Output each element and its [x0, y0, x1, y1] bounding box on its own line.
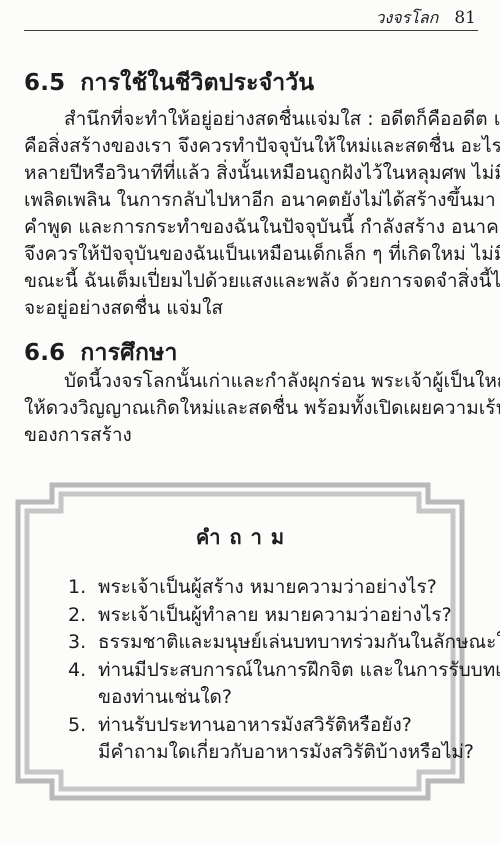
paragraph-line: ขณะนี้ ฉันเต็มเปี่ยมไปด้วยแสงและพลัง ด้ว… — [24, 268, 482, 295]
paragraph-6-6: บัดนี้วงจรโลกนั้นเก่าและกำลังผุกร่อน พระ… — [24, 368, 482, 449]
question-text: ท่านมีประสบการณ์ในการฝึกจิต และในการรับบ… — [98, 657, 500, 712]
paragraph-line: ให้ดวงวิญญาณเกิดใหม่และสดชื่น พร้อมทั้งเ… — [24, 395, 482, 422]
paragraph-line: สำนึกที่จะทำให้อยู่อย่างสดชื่นแจ่มใส : อ… — [24, 106, 482, 133]
question-text: ธรรมชาติและมนุษย์เล่นบทบาทร่วมกันในลักษณ… — [98, 629, 500, 657]
question-number: 1. — [68, 574, 90, 602]
question-text: พระเจ้าเป็นผู้ทำลาย หมายความว่าอย่างไร? — [98, 602, 452, 630]
running-header: วงจรโลก 81 — [376, 6, 477, 31]
section-title: การศึกษา — [80, 338, 177, 368]
section-number: 6.6 — [24, 338, 65, 368]
paragraph-line: คำพูด และการกระทำของฉันในปัจจุบันนี้ กำล… — [24, 214, 482, 241]
book-page: วงจรโลก 81 6.5 การใช้ในชีวิตประจำวัน สำน… — [0, 0, 500, 844]
question-number: 2. — [68, 602, 90, 630]
section-number: 6.5 — [24, 68, 65, 98]
question-item: 2. พระเจ้าเป็นผู้ทำลาย หมายความว่าอย่างไ… — [68, 602, 440, 630]
question-text: ท่านรับประทานอาหารมังสวิรัติหรือยัง? มีค… — [98, 712, 474, 767]
section-title: การใช้ในชีวิตประจำวัน — [80, 68, 314, 98]
question-number: 4. — [68, 657, 90, 712]
question-list: 1. พระเจ้าเป็นผู้สร้าง หมายความว่าอย่างไ… — [68, 574, 440, 767]
question-item: 1. พระเจ้าเป็นผู้สร้าง หมายความว่าอย่างไ… — [68, 574, 440, 602]
question-text: พระเจ้าเป็นผู้สร้าง หมายความว่าอย่างไร? — [98, 574, 440, 602]
question-box-title: คำถาม — [13, 521, 467, 553]
paragraph-6-5: สำนึกที่จะทำให้อยู่อย่างสดชื่นแจ่มใส : อ… — [24, 106, 482, 322]
question-number: 5. — [68, 712, 90, 767]
header-rule — [24, 30, 478, 31]
page-number: 81 — [454, 8, 476, 28]
question-item: 4. ท่านมีประสบการณ์ในการฝึกจิต และในการร… — [68, 657, 440, 712]
paragraph-line: บัดนี้วงจรโลกนั้นเก่าและกำลังผุกร่อน พระ… — [24, 368, 482, 395]
paragraph-line: ของการสร้าง — [24, 422, 482, 449]
paragraph-line: คือสิ่งสร้างของเรา จึงควรทำปัจจุบันให้ให… — [24, 133, 482, 160]
paragraph-line: จะอยู่อย่างสดชื่น แจ่มใส — [24, 295, 482, 322]
book-title: วงจรโลก — [376, 6, 439, 31]
section-heading-6-5: 6.5 การใช้ในชีวิตประจำวัน — [24, 68, 478, 98]
paragraph-line: หลายปีหรือวินาทีที่แล้ว สิ่งนั้นเหมือนถู… — [24, 160, 482, 187]
section-heading-6-6: 6.6 การศึกษา — [24, 338, 478, 368]
question-item: 5. ท่านรับประทานอาหารมังสวิรัติหรือยัง? … — [68, 712, 440, 767]
paragraph-line: เพลิดเพลิน ในการกลับไปหาอีก อนาคตยังไม่ไ… — [24, 187, 482, 214]
question-number: 3. — [68, 629, 90, 657]
question-item: 3. ธรรมชาติและมนุษย์เล่นบทบาทร่วมกันในลั… — [68, 629, 440, 657]
paragraph-line: จึงควรให้ปัจจุบันของฉันเป็นเหมือนเด็กเล็… — [24, 241, 482, 268]
